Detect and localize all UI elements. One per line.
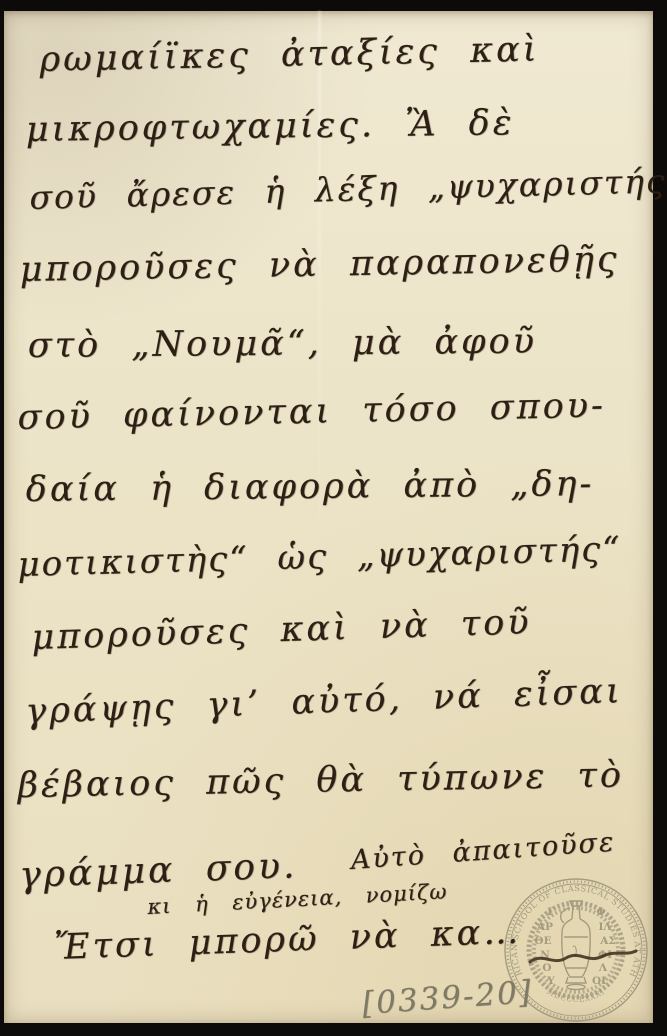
handwriting-line: μικροφτωχαμίες. Ἂ δὲ	[25, 103, 514, 150]
photograph-background: ρωμαίϊκες ἀταξίες καὶ μικροφτωχαμίες. Ἂ …	[0, 0, 667, 1036]
handwriting-line: δαία ἡ διαφορὰ ἀπὸ „δη-	[26, 464, 595, 510]
stamp-letter-left: Γ	[547, 906, 555, 918]
ink-smudge	[528, 942, 638, 972]
stamp-letter-left: Υ	[546, 975, 555, 987]
stamp-letter-right: Φ	[596, 906, 605, 918]
handwriting-line: στὸ „Νουμᾶ“, μὰ ἀφοῦ	[28, 322, 537, 366]
stamp-letter-left: ΑΡ	[536, 921, 553, 933]
stamp-letter-right: ΟΙ	[592, 975, 606, 987]
stamp-letter-right: ΙΛ	[598, 921, 612, 933]
paper-crease	[318, 11, 321, 601]
